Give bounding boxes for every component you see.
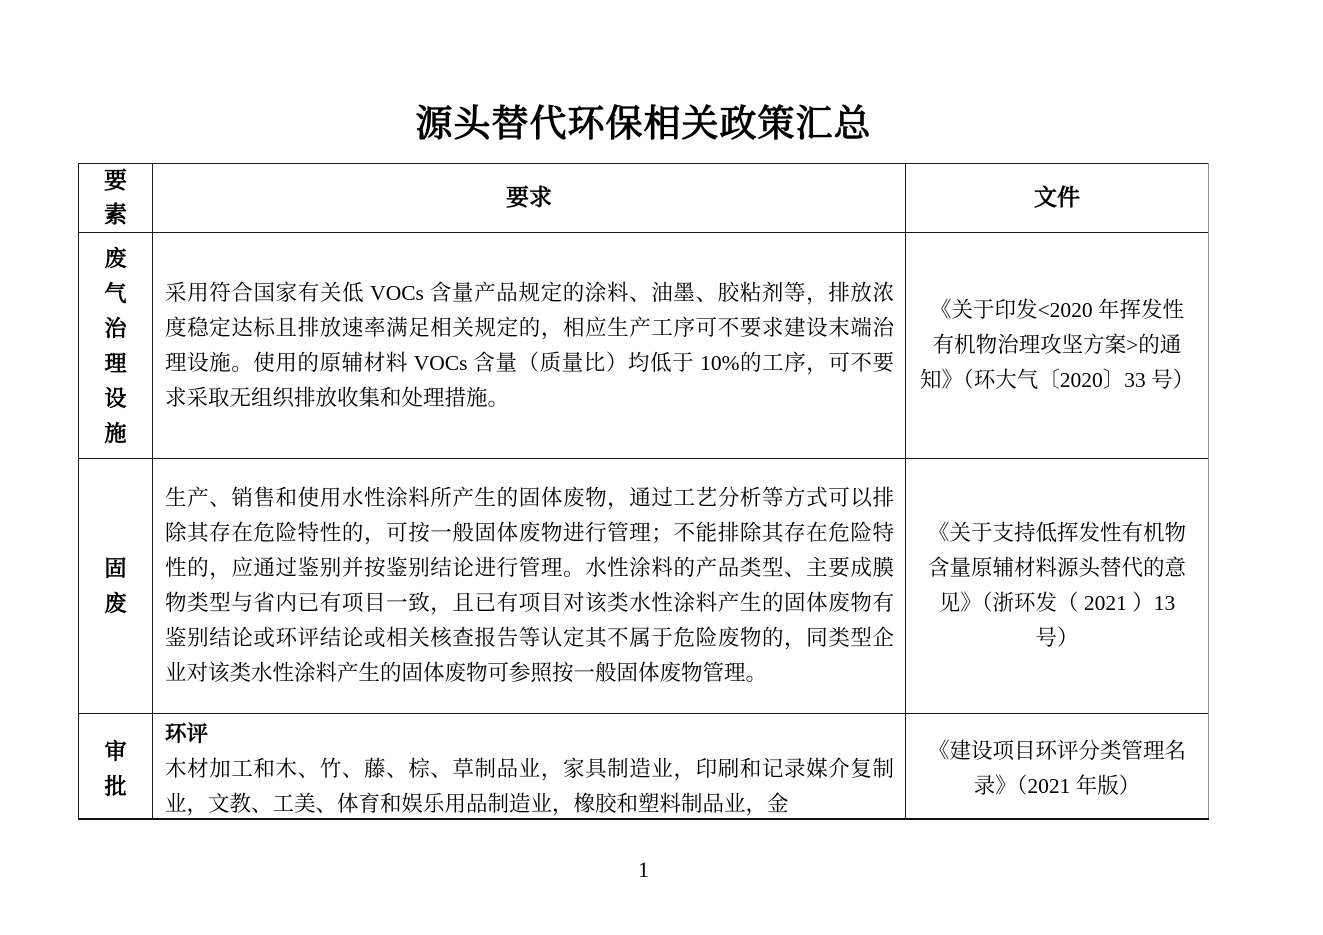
table-row-waste-gas: 废气治理设施 采用符合国家有关低 VOCs 含量产品规定的涂料、油墨、胶粘剂等，…: [79, 233, 1210, 459]
element-label: 固废: [79, 459, 153, 714]
header-document: 文件: [906, 164, 1210, 233]
requirement-text: 采用符合国家有关低 VOCs 含量产品规定的涂料、油墨、胶粘剂等，排放浓度稳定达…: [153, 233, 906, 459]
document-text: 《关于支持低挥发性有机物含量原辅材料源头替代的意见》（浙环发（ 2021 ）13…: [906, 459, 1210, 714]
header-element: 要素: [79, 164, 153, 233]
element-label: 废气治理设施: [79, 233, 153, 459]
header-requirement: 要求: [153, 164, 906, 233]
document-text: 《关于印发<2020 年挥发性有机物治理攻坚方案>的通知》（环大气〔2020〕3…: [906, 233, 1210, 459]
policy-table: 要素 要求 文件 废气治理设施 采用符合国家有关低 VOCs 含量产品规定的涂料…: [78, 163, 1209, 820]
policy-table-container: 要素 要求 文件 废气治理设施 采用符合国家有关低 VOCs 含量产品规定的涂料…: [78, 163, 1209, 820]
table-header-row: 要素 要求 文件: [79, 164, 1210, 233]
requirement-text: 木材加工和木、竹、藤、棕、草制品业，家具制造业，印刷和记录媒介复制业，文教、工美…: [165, 752, 894, 820]
requirement-cell: 环评 木材加工和木、竹、藤、棕、草制品业，家具制造业，印刷和记录媒介复制业，文教…: [153, 714, 906, 821]
document-page: 源头替代环保相关政策汇总 要素 要求 文件 废气治理设施 采用符合国家有关低 V…: [0, 0, 1323, 935]
page-number: 1: [78, 855, 1209, 885]
table-row-approval: 审批 环评 木材加工和木、竹、藤、棕、草制品业，家具制造业，印刷和记录媒介复制业…: [79, 714, 1210, 821]
requirement-text: 生产、销售和使用水性涂料所产生的固体废物，通过工艺分析等方式可以排除其存在危险特…: [153, 459, 906, 714]
page-title: 源头替代环保相关政策汇总: [78, 100, 1209, 150]
requirement-heading: 环评: [165, 717, 894, 752]
element-label: 审批: [79, 714, 153, 821]
document-text: 《建设项目环评分类管理名录》（2021 年版）: [906, 714, 1210, 821]
table-row-solid-waste: 固废 生产、销售和使用水性涂料所产生的固体废物，通过工艺分析等方式可以排除其存在…: [79, 459, 1210, 714]
